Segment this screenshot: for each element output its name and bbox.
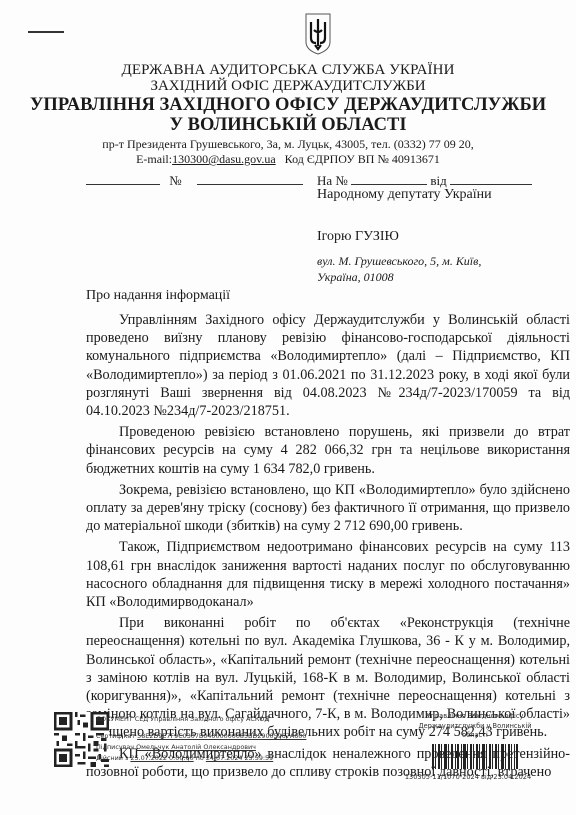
outgoing-number-line: № <box>86 172 303 189</box>
valid-from-label: Дійсний з <box>96 754 128 762</box>
from-label: від <box>430 173 446 188</box>
valid-to-label: по <box>196 754 204 762</box>
number-blank <box>197 172 303 185</box>
paragraph: Управлінням Західного офісу Держаудитслу… <box>86 311 570 420</box>
reply-number-blank <box>351 172 427 185</box>
stamp-org-line2: Держаудитслужби у Волинській <box>400 722 550 732</box>
signature-system-header: ДОКУМЕНТ СЕД Управління Західного офісу … <box>96 715 269 723</box>
barcode-icon <box>432 744 518 769</box>
header-line-service: ДЕРЖАВНА АУДИТОРСЬКА СЛУЖБА УКРАЇНИ <box>0 62 576 79</box>
recipient-name: Ігорю ГУЗІЮ <box>317 229 399 245</box>
recipient-address-line1: вул. М. Грушевського, 5, м. Київ, <box>317 253 481 269</box>
reply-date-blank <box>450 172 532 185</box>
email-label: E-mail: <box>136 152 172 166</box>
certificate-serial: 58E2D9E7F9C0307B04000000085BD29005967A60… <box>137 732 306 740</box>
stamp-org-line3: області <box>400 731 550 741</box>
header-line-region: У ВОЛИНСЬКІЙ ОБЛАСТІ <box>0 115 576 136</box>
date-blank <box>86 172 160 185</box>
recipient-address-line2: Україна, 01008 <box>317 269 481 285</box>
paragraph: Також, Підприємством недоотримано фінанс… <box>86 538 570 611</box>
header-address: пр-т Президента Грушевського, 3а, м. Луц… <box>0 137 576 152</box>
registration-number: 130305-11/1070-2024 від 23.04.2024 <box>386 773 550 783</box>
margin-dash-mark <box>28 31 64 33</box>
letter-subject: Про надання інформації <box>86 288 230 304</box>
signer-name: Омельчук Анатолій Олександрович <box>136 743 256 751</box>
coat-of-arms-icon <box>304 12 332 56</box>
number-sign: № <box>169 173 181 188</box>
certificate-line: Сертифікат 58E2D9E7F9C0307B04000000085BD… <box>96 732 306 740</box>
recipient-title: Народному депутату України <box>317 187 492 203</box>
valid-to-date: 24.07.2024 23:59:59 <box>206 754 273 762</box>
valid-from-date: 25.07.2022 0:00:00 <box>130 754 193 762</box>
document-page: ДЕРЖАВНА АУДИТОРСЬКА СЛУЖБА УКРАЇНИ ЗАХІ… <box>0 0 576 815</box>
email-link[interactable]: 130300@dasu.gov.ua <box>172 152 276 166</box>
paragraph: Зокрема, ревізією встановлено, що КП «Во… <box>86 481 570 536</box>
edrpou-code: Код ЄДРПОУ ВП № 40913671 <box>285 152 440 166</box>
paragraph: Проведеною ревізією встановлено порушень… <box>86 423 570 478</box>
reply-to-label: На № <box>317 173 348 188</box>
certificate-label: Сертифікат <box>96 732 135 740</box>
signer-line: Підписувач Омельчук Анатолій Олександров… <box>96 743 256 751</box>
header-contacts: E-mail:130300@dasu.gov.ua Код ЄДРПОУ ВП … <box>0 152 576 167</box>
recipient-address: вул. М. Грушевського, 5, м. Київ, Україн… <box>317 253 481 285</box>
header-line-office: ЗАХІДНИЙ ОФІС ДЕРЖАУДИТСЛУЖБИ <box>0 78 576 95</box>
stamp-org-line1: Управління Західного офісу <box>400 712 550 722</box>
registration-stamp: Управління Західного офісу Держаудитслуж… <box>400 712 550 782</box>
header-line-department: УПРАВЛІННЯ ЗАХІДНОГО ОФІСУ ДЕРЖАУДИТСЛУЖ… <box>0 95 576 116</box>
e-signature-block: ДОКУМЕНТ СЕД Управління Західного офісу … <box>54 712 364 772</box>
validity-line: Дійсний з 25.07.2022 0:00:00 по 24.07.20… <box>96 754 273 762</box>
signer-label: Підписувач <box>96 743 134 751</box>
